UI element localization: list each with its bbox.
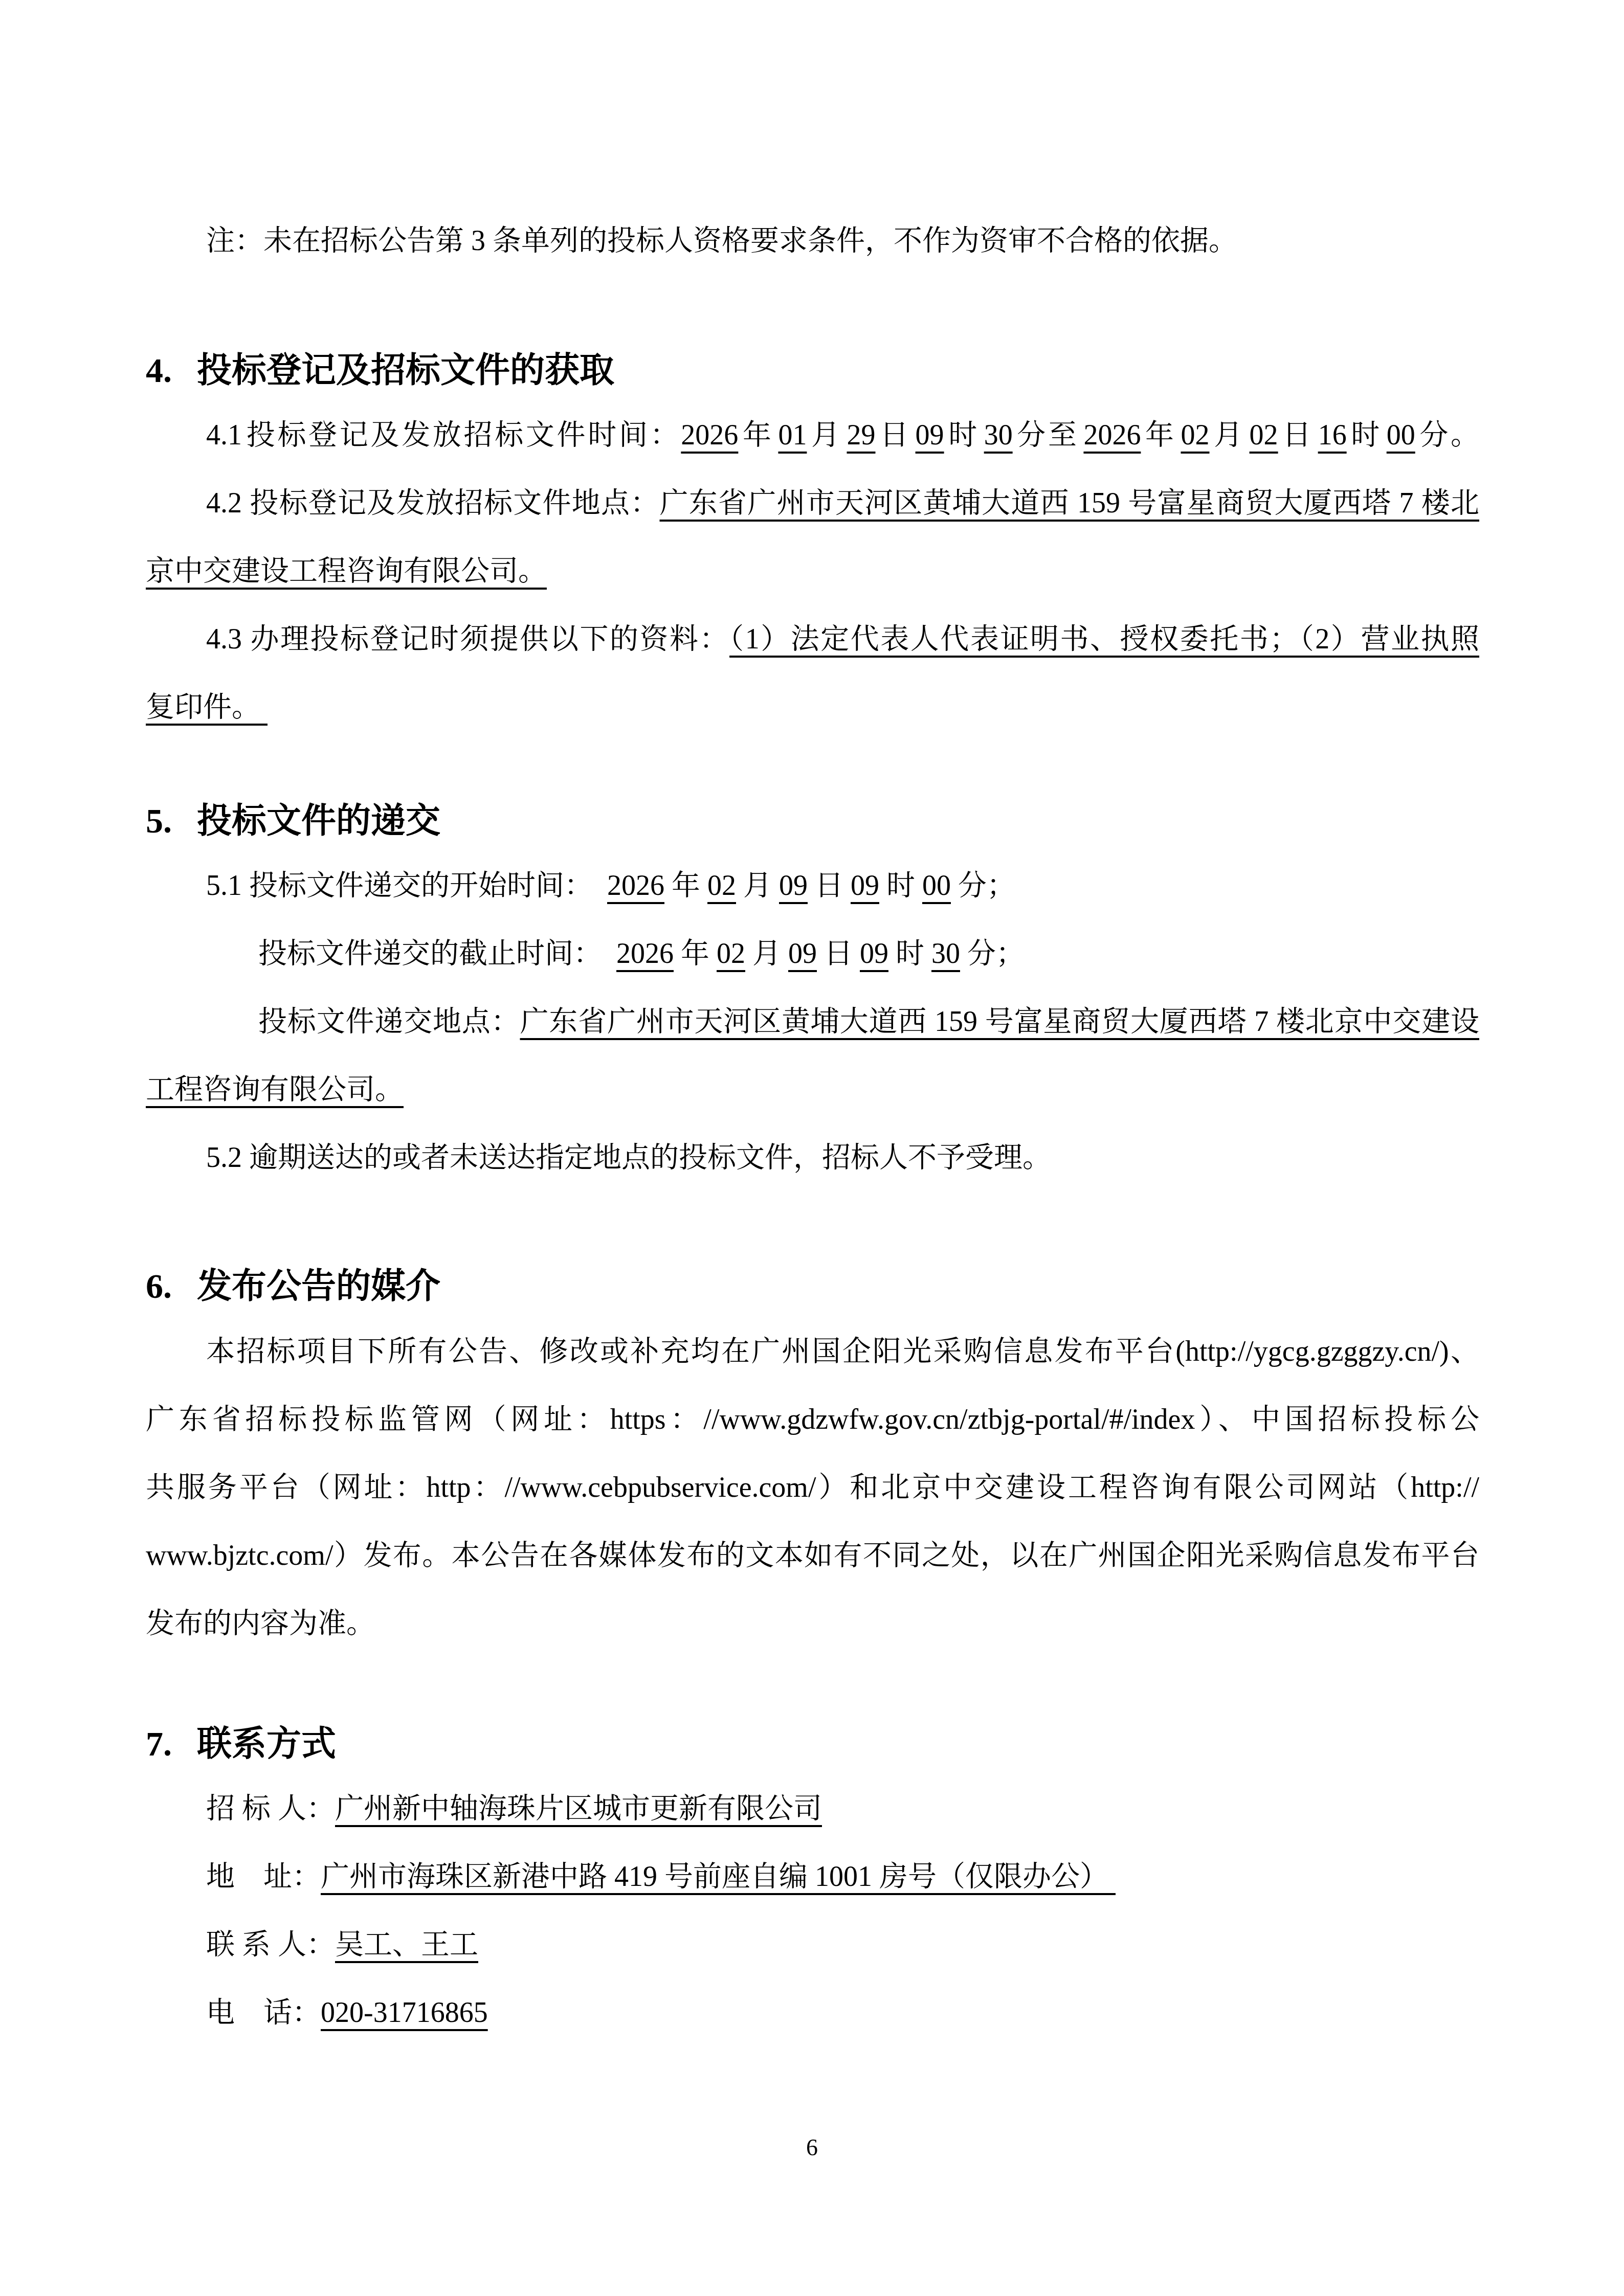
text-segment: 时 xyxy=(944,419,984,451)
text-segment: 月 xyxy=(1210,419,1250,451)
section-5-heading: 5.投标文件的递交 xyxy=(146,798,1479,843)
media-paragraph-line-4: www.bjztc.com/）发布。本公告在各媒体发布的文本如有不同之处，以在广… xyxy=(146,1537,1479,1574)
text-segment: www.bjztc.com/）发布。本公告在各媒体发布的文本如有不同之处，以在广… xyxy=(146,1540,1479,1571)
note-line: 注：未在招标公告第 3 条单列的投标人资格要求条件，不作为资审不合格的依据。 xyxy=(146,222,1479,260)
underlined-field-text: 吴工、王工 xyxy=(335,1929,478,1961)
underlined-field-text: 020-31716865 xyxy=(321,1997,488,2029)
clause-4-2-line-2: 京中交建设工程咨询有限公司。 xyxy=(146,553,1479,590)
underlined-field-text: 02 xyxy=(717,938,745,970)
contact-phone-row: 电 话：020-31716865 xyxy=(146,1994,1479,2032)
media-paragraph-line-3: 共服务平台（网址：http：//www.cebpubservice.com/）和… xyxy=(146,1469,1479,1506)
text-segment: 日 xyxy=(1278,419,1318,451)
clause-5-2: 5.2 逾期送达的或者未送达指定地点的投标文件，招标人不予受理。 xyxy=(146,1139,1479,1177)
section-7-heading: 7.联系方式 xyxy=(146,1721,1479,1766)
media-paragraph-line-2: 广东省招标投标监管网（网址：https：//www.gdzwfw.gov.cn/… xyxy=(146,1401,1479,1438)
text-segment: 月 xyxy=(745,938,788,970)
text-segment: 分至 xyxy=(1013,419,1084,451)
media-paragraph-line-1: 本招标项目下所有公告、修改或补充均在广州国企阳光采购信息发布平台(http://… xyxy=(146,1333,1479,1370)
text-segment: 年 xyxy=(1141,419,1181,451)
underlined-field-text: 广东省广州市天河区黄埔大道西 159 号富星商贸大厦西塔 7 楼北 xyxy=(660,487,1480,519)
section-4-heading: 4.投标登记及招标文件的获取 xyxy=(146,348,1479,393)
underlined-field-text: 09 xyxy=(916,419,944,451)
underlined-field-text: 工程咨询有限公司。 xyxy=(146,1074,404,1106)
text-segment: 时 xyxy=(888,938,931,970)
underlined-field-text: 09 xyxy=(851,870,879,902)
clause-4-3-line-1: 4.3 办理投标登记时须提供以下的资料：（1）法定代表人代表证明书、授权委托书；… xyxy=(146,621,1479,658)
section-7-title: 联系方式 xyxy=(197,1724,336,1763)
document-page: { "page": { "footer_page_number": "6" },… xyxy=(0,0,1624,2296)
contact-tenderer-row: 招 标 人：广州新中轴海珠片区城市更新有限公司 xyxy=(146,1790,1479,1828)
text-segment: 日 xyxy=(876,419,916,451)
clause-5-1-place-line-2: 工程咨询有限公司。 xyxy=(146,1071,1479,1109)
text-segment: 时 xyxy=(879,870,922,902)
underlined-field-text: 01 xyxy=(778,419,807,451)
text-segment: 年 xyxy=(738,419,778,451)
underlined-field-text: 京中交建设工程咨询有限公司。 xyxy=(146,555,547,587)
underlined-field-text: 02 xyxy=(1181,419,1210,451)
text-segment: 分。 xyxy=(1415,419,1479,451)
section-6-title: 发布公告的媒介 xyxy=(197,1267,440,1305)
text-segment: 时 xyxy=(1347,419,1387,451)
underlined-field-text: 09 xyxy=(779,870,808,902)
text-segment: 月 xyxy=(736,870,779,902)
section-5-number: 5. xyxy=(146,798,197,843)
section-4-number: 4. xyxy=(146,348,197,393)
text-segment: 分； xyxy=(951,870,1015,902)
section-6-heading: 6.发布公告的媒介 xyxy=(146,1264,1479,1309)
text-segment: 电 话： xyxy=(206,1997,321,2029)
text-segment xyxy=(593,870,607,902)
text-segment: 联 系 人： xyxy=(206,1929,335,1961)
media-paragraph-line-5: 发布的内容为准。 xyxy=(146,1605,1479,1642)
underlined-field-text: 广东省广州市天河区黄埔大道西 159 号富星商贸大厦西塔 7 楼北京中交建设 xyxy=(520,1006,1480,1038)
clause-5-1-place-line-1: 投标文件递交地点：广东省广州市天河区黄埔大道西 159 号富星商贸大厦西塔 7 … xyxy=(146,1003,1479,1041)
section-7-number: 7. xyxy=(146,1721,197,1766)
clause-5-1-deadline: 投标文件递交的截止时间： 2026 年 02 月 09 日 09 时 30 分； xyxy=(146,935,1479,973)
underlined-field-text: 2026 xyxy=(607,870,664,902)
contact-address-row: 地 址：广州市海珠区新港中路 419 号前座自编 1001 房号（仅限办公） xyxy=(146,1858,1479,1896)
text-segment: 注：未在招标公告第 3 条单列的投标人资格要求条件，不作为资审不合格的依据。 xyxy=(206,225,1237,257)
underlined-field-text: 00 xyxy=(1387,419,1415,451)
clause-4-2-line-1: 4.2 投标登记及发放招标文件地点：广东省广州市天河区黄埔大道西 159 号富星… xyxy=(146,485,1479,522)
underlined-field-text: 00 xyxy=(922,870,951,902)
underlined-field-text: 30 xyxy=(984,419,1013,451)
text-segment: 投标文件递交的截止时间： xyxy=(258,938,602,970)
text-segment: 发布的内容为准。 xyxy=(146,1608,375,1639)
clause-5-1-start-time: 5.1 投标文件递交的开始时间： 2026 年 02 月 09 日 09 时 0… xyxy=(146,867,1479,905)
contact-person-row: 联 系 人：吴工、王工 xyxy=(146,1926,1479,1964)
text-segment: 广东省招标投标监管网（网址：https：//www.gdzwfw.gov.cn/… xyxy=(146,1404,1479,1435)
text-segment: 日 xyxy=(808,870,851,902)
underlined-field-text: 2026 xyxy=(1083,419,1141,451)
text-segment: 投标文件递交地点： xyxy=(258,1006,520,1038)
text-segment: 共服务平台（网址：http：//www.cebpubservice.com/）和… xyxy=(146,1472,1479,1503)
text-segment: 分； xyxy=(960,938,1025,970)
text-segment: 4.3 办理投标登记时须提供以下的资料： xyxy=(206,623,729,655)
section-6-number: 6. xyxy=(146,1264,197,1309)
clause-4-3-line-2: 复印件。 xyxy=(146,689,1479,726)
underlined-field-text: 02 xyxy=(1250,419,1278,451)
underlined-field-text: 广州新中轴海珠片区城市更新有限公司 xyxy=(335,1793,822,1825)
underlined-field-text: 16 xyxy=(1318,419,1347,451)
text-segment: 4.2 投标登记及发放招标文件地点： xyxy=(206,487,660,519)
clause-4-1: 4.1 投标登记及发放招标文件时间：2026 年 01 月 29 日 09 时 … xyxy=(146,417,1479,454)
underlined-field-text: 29 xyxy=(847,419,876,451)
underlined-field-text: 广州市海珠区新港中路 419 号前座自编 1001 房号（仅限办公） xyxy=(321,1861,1116,1893)
text-segment: 地 址： xyxy=(206,1861,321,1893)
page-number: 6 xyxy=(0,2133,1624,2162)
underlined-field-text: 2026 xyxy=(681,419,738,451)
text-segment: 4.1 投标登记及发放招标文件时间： xyxy=(206,419,681,451)
section-4-title: 投标登记及招标文件的获取 xyxy=(197,351,614,390)
text-segment: 5.2 逾期送达的或者未送达指定地点的投标文件，招标人不予受理。 xyxy=(206,1142,1051,1174)
text-segment: 5.1 投标文件递交的开始时间： xyxy=(206,870,593,902)
underlined-field-text: （1）法定代表人代表证明书、授权委托书；（2）营业执照 xyxy=(729,623,1479,655)
text-segment: 月 xyxy=(807,419,847,451)
underlined-field-text: 09 xyxy=(788,938,817,970)
section-5-title: 投标文件的递交 xyxy=(197,801,440,840)
underlined-field-text: 02 xyxy=(707,870,736,902)
underlined-field-text: 2026 xyxy=(616,938,674,970)
text-segment: 年 xyxy=(664,870,707,902)
underlined-field-text: 30 xyxy=(931,938,960,970)
text-segment: 招 标 人： xyxy=(206,1793,335,1825)
text-segment xyxy=(602,938,616,970)
text-segment: 年 xyxy=(674,938,717,970)
underlined-field-text: 09 xyxy=(860,938,888,970)
text-segment: 日 xyxy=(817,938,860,970)
underlined-field-text: 复印件。 xyxy=(146,691,268,723)
text-segment: 本招标项目下所有公告、修改或补充均在广州国企阳光采购信息发布平台(http://… xyxy=(206,1336,1479,1367)
